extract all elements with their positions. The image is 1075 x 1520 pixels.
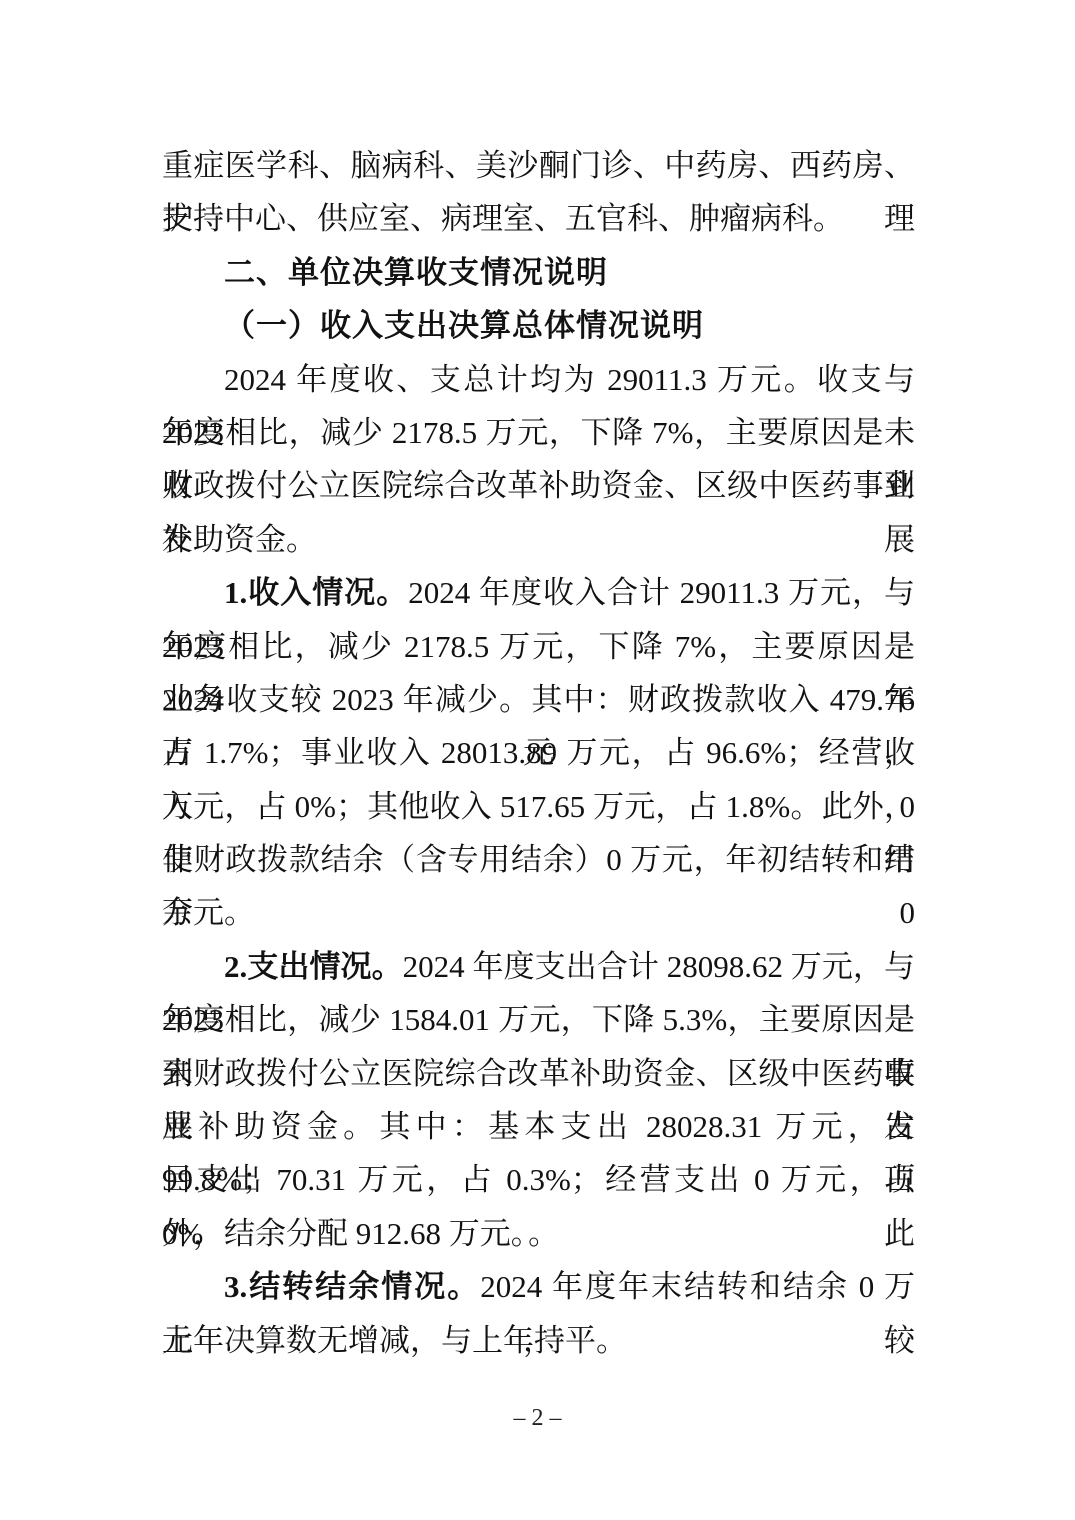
heading-subsection-one: （一）收入支出决算总体情况说明 (162, 299, 915, 352)
text-line: 业务收支较 2023 年减少。其中：财政拨款收入 479.76 万元， (162, 673, 915, 726)
text-line: 到财政拨付公立医院综合改革补助资金、区级中医药事业发 (162, 1047, 915, 1100)
text-line: 年度相比，减少 1584.01 万元，下降 5.3%，主要原因是未收 (162, 993, 915, 1046)
document-page: 重症医学科、脑病科、美沙酮门诊、中药房、西药房、护理支持中心、供应室、病理室、五… (0, 0, 1075, 1520)
paragraph-income: 1.收入情况。2024 年度收入合计 29011.3 万元，与 2023年度相比… (162, 566, 915, 940)
text-line: 年度相比，减少 2178.5 万元，下降 7%，主要原因是未收到 (162, 406, 915, 459)
text-line: 展补助资金。其中：基本支出 28028.31 万元，占 99.8%；项 (162, 1100, 915, 1153)
text-line: 2.支出情况。2024 年度支出合计 28098.62 万元，与 2023 (162, 940, 915, 993)
text-line: 目支出 70.31 万元，占 0.3%；经营支出 0 万元，占 0%。此 (162, 1153, 915, 1206)
paragraph-overview: 2024 年度收、支总计均为 29011.3 万元。收支与 2023年度相比，减… (162, 353, 915, 567)
page-number: – 2 – (0, 1402, 1075, 1434)
paragraph-carryover-balance: 3.结转结余情况。2024 年度年末结转和结余 0 万元，较上年决算数无增减，与… (162, 1260, 915, 1367)
text-line: （一）收入支出决算总体情况说明 (162, 299, 915, 352)
document-body: 重症医学科、脑病科、美沙酮门诊、中药房、西药房、护理支持中心、供应室、病理室、五… (162, 139, 915, 1367)
paragraph-departments-continued: 重症医学科、脑病科、美沙酮门诊、中药房、西药房、护理支持中心、供应室、病理室、五… (162, 139, 915, 246)
paragraph-lead-bold: 3.结转结余情况。 (224, 1269, 480, 1304)
text-line: 万元，占 0%；其他收入 517.65 万元，占 1.8%。此外，使用 (162, 780, 915, 833)
paragraph-expenditure: 2.支出情况。2024 年度支出合计 28098.62 万元，与 2023年度相… (162, 940, 915, 1260)
text-line: 财政拨付公立医院综合改革补助资金、区级中医药事业发展 (162, 459, 915, 512)
text-line: 3.结转结余情况。2024 年度年末结转和结余 0 万元，较 (162, 1260, 915, 1313)
text-line: 非财政拨款结余（含专用结余）0 万元，年初结转和结余 0 (162, 833, 915, 886)
text-line: 重症医学科、脑病科、美沙酮门诊、中药房、西药房、护理 (162, 139, 915, 192)
text-line: 年度相比，减少 2178.5 万元，下降 7%，主要原因是 2024 年 (162, 620, 915, 673)
paragraph-lead-bold: 2.支出情况。 (224, 949, 403, 984)
paragraph-lead-bold: 1.收入情况。 (224, 575, 408, 610)
text-line: 占 1.7%；事业收入 28013.89 万元，占 96.6%；经营收入 0 (162, 726, 915, 779)
text-line: 2024 年度收、支总计均为 29011.3 万元。收支与 2023 (162, 353, 915, 406)
text-line: 二、单位决算收支情况说明 (162, 246, 915, 299)
text-line: 1.收入情况。2024 年度收入合计 29011.3 万元，与 2023 (162, 566, 915, 619)
text-line: 支持中心、供应室、病理室、五官科、肿瘤病科。 (162, 192, 915, 245)
heading-section-two: 二、单位决算收支情况说明 (162, 246, 915, 299)
